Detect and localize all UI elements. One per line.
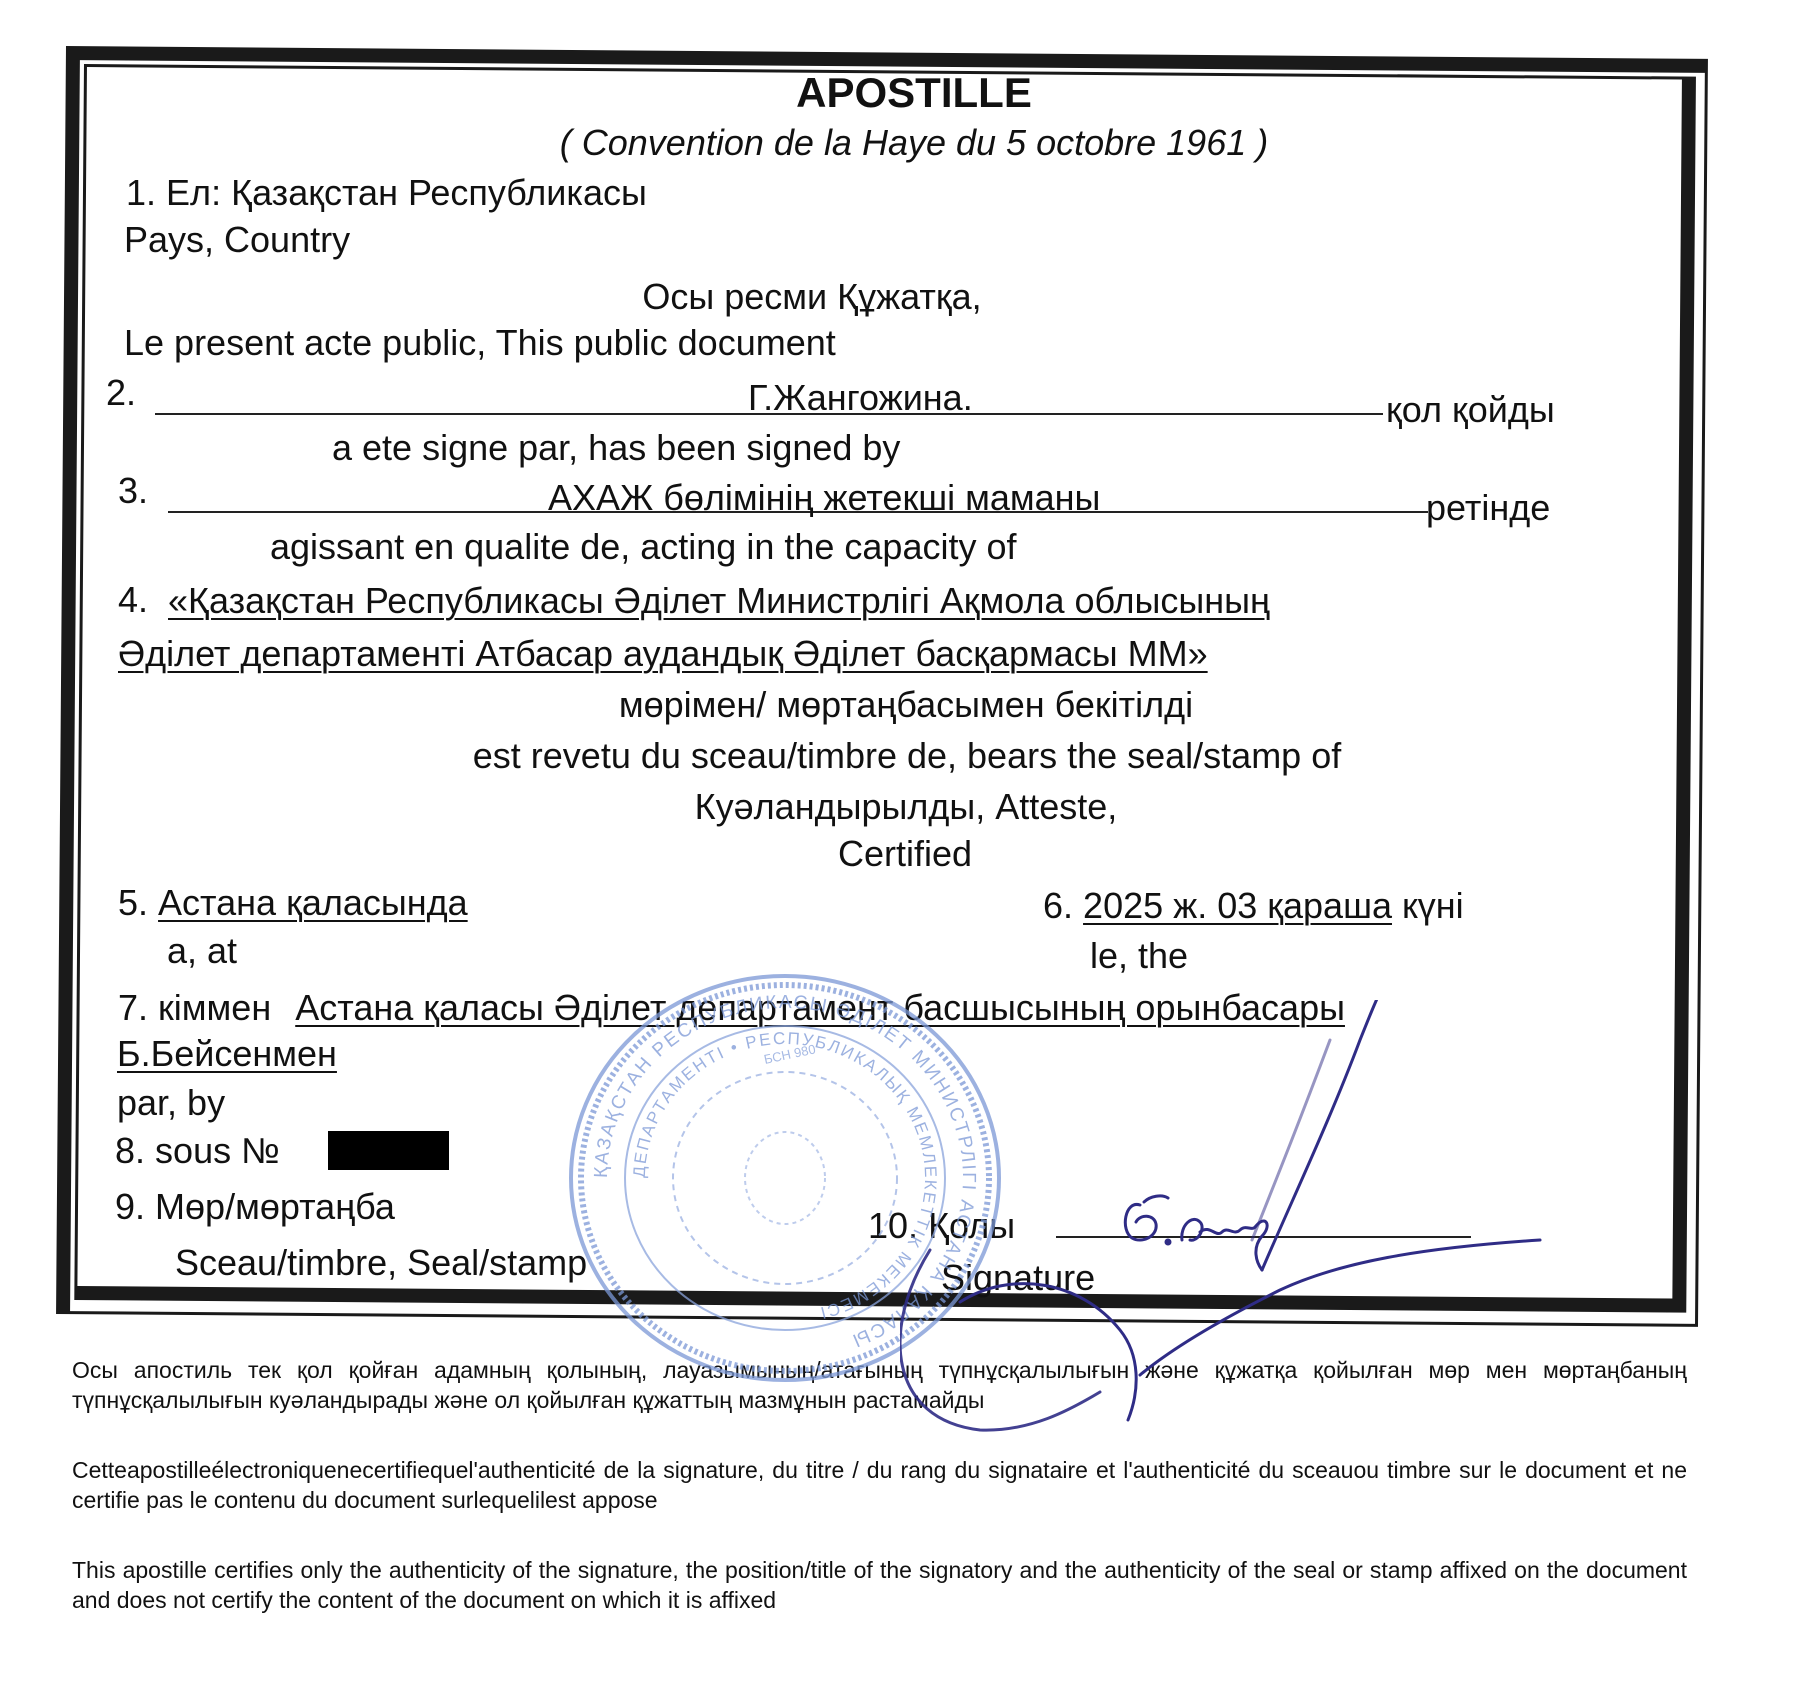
- item-7-official: Астана қаласы Әділет департамент басшысы…: [295, 987, 1345, 1028]
- item-4-translation: est revetu du sceau/timbre de, bears the…: [473, 738, 1341, 774]
- item-6-translation: le, the: [1090, 938, 1188, 974]
- item-8-redacted-number: [328, 1131, 449, 1170]
- item-1: 1. Ел: Қазақстан Республикасы: [126, 175, 647, 211]
- apostille-page: APOSTILLE ( Convention de la Haye du 5 o…: [0, 0, 1808, 1699]
- signature-line: [1056, 1236, 1471, 1238]
- item-10-label: Қолы: [928, 1205, 1015, 1246]
- disclaimer-en: This apostille certifies only the authen…: [72, 1555, 1687, 1615]
- item-5-translation: a, at: [167, 933, 237, 969]
- item-5-place: Астана қаласында: [158, 882, 468, 923]
- item-2-number: 2.: [106, 375, 136, 411]
- item-6-suffix: күні: [1402, 885, 1464, 926]
- item-7: 7. кіммен Астана қаласы Әділет департаме…: [118, 990, 1345, 1026]
- item-2-signer-name: Г.Жангожина.: [748, 380, 973, 416]
- document-title: APOSTILLE: [796, 72, 1032, 114]
- item-7-translation: par, by: [117, 1085, 225, 1121]
- item-7-number: 7.: [118, 987, 148, 1028]
- item-4-authority-line1: «Қазақстан Республикасы Әділет Министрлі…: [168, 583, 1270, 619]
- item-2-suffix: қол қойды: [1386, 392, 1555, 428]
- item-5-number: 5.: [118, 882, 148, 923]
- item-9-label: Мөр/мөртаңба: [155, 1186, 395, 1227]
- item-8-number: 8.: [115, 1130, 145, 1171]
- item-3-capacity: АХАЖ бөлімінің жетекші маманы: [548, 480, 1100, 516]
- item-9-translation: Sceau/timbre, Seal/stamp: [175, 1245, 587, 1281]
- item-1-country: Қазақстан Республикасы: [231, 172, 647, 213]
- disclaimer-kk: Осы апостиль тек қол қойған адамның қолы…: [72, 1355, 1687, 1415]
- item-9: 9. Мөр/мөртаңба: [115, 1189, 395, 1225]
- item-3-translation: agissant en qualite de, acting in the ca…: [270, 529, 1017, 565]
- certified-kk: Куәландырылды, Atteste,: [695, 789, 1118, 825]
- item-6-date: 2025 ж. 03 қараша: [1083, 885, 1392, 926]
- item-10: 10. Қолы: [868, 1208, 1015, 1244]
- item-6-number: 6.: [1043, 885, 1073, 926]
- item-4-authority-line2: Әділет департаменті Атбасар аудандық Әді…: [118, 636, 1208, 672]
- public-document-translation: Le present acte public, This public docu…: [124, 325, 836, 361]
- item-4-seal-kk: мөрімен/ мөртаңбасымен бекітілді: [619, 687, 1193, 723]
- public-document-kk: Осы ресми Құжатқа,: [642, 279, 981, 315]
- item-9-number: 9.: [115, 1186, 145, 1227]
- item-7-label: кіммен: [158, 987, 271, 1028]
- item-8: 8. sous №: [115, 1133, 280, 1169]
- item-3-suffix: ретінде: [1426, 490, 1550, 526]
- item-1-number: 1.: [126, 172, 156, 213]
- item-1-label: Ел:: [166, 172, 221, 213]
- item-7-official-name: Б.Бейсенмен: [117, 1036, 337, 1072]
- certified-en: Certified: [838, 836, 972, 872]
- convention-subtitle: ( Convention de la Haye du 5 octobre 196…: [560, 125, 1268, 161]
- item-6: 6. 2025 ж. 03 қараша күні: [1043, 888, 1464, 924]
- item-8-label: sous №: [155, 1130, 280, 1171]
- item-10-number: 10.: [868, 1205, 918, 1246]
- item-10-translation: Signature: [941, 1260, 1095, 1296]
- item-3-number: 3.: [118, 473, 148, 509]
- disclaimer-fr: Cetteapostilleélectroniquenecertifiequel…: [72, 1455, 1687, 1515]
- item-2-translation: a ete signe par, has been signed by: [332, 430, 900, 466]
- item-5: 5. Астана қаласында: [118, 885, 468, 921]
- item-4-number: 4.: [118, 582, 148, 618]
- item-1-translation: Pays, Country: [124, 222, 350, 258]
